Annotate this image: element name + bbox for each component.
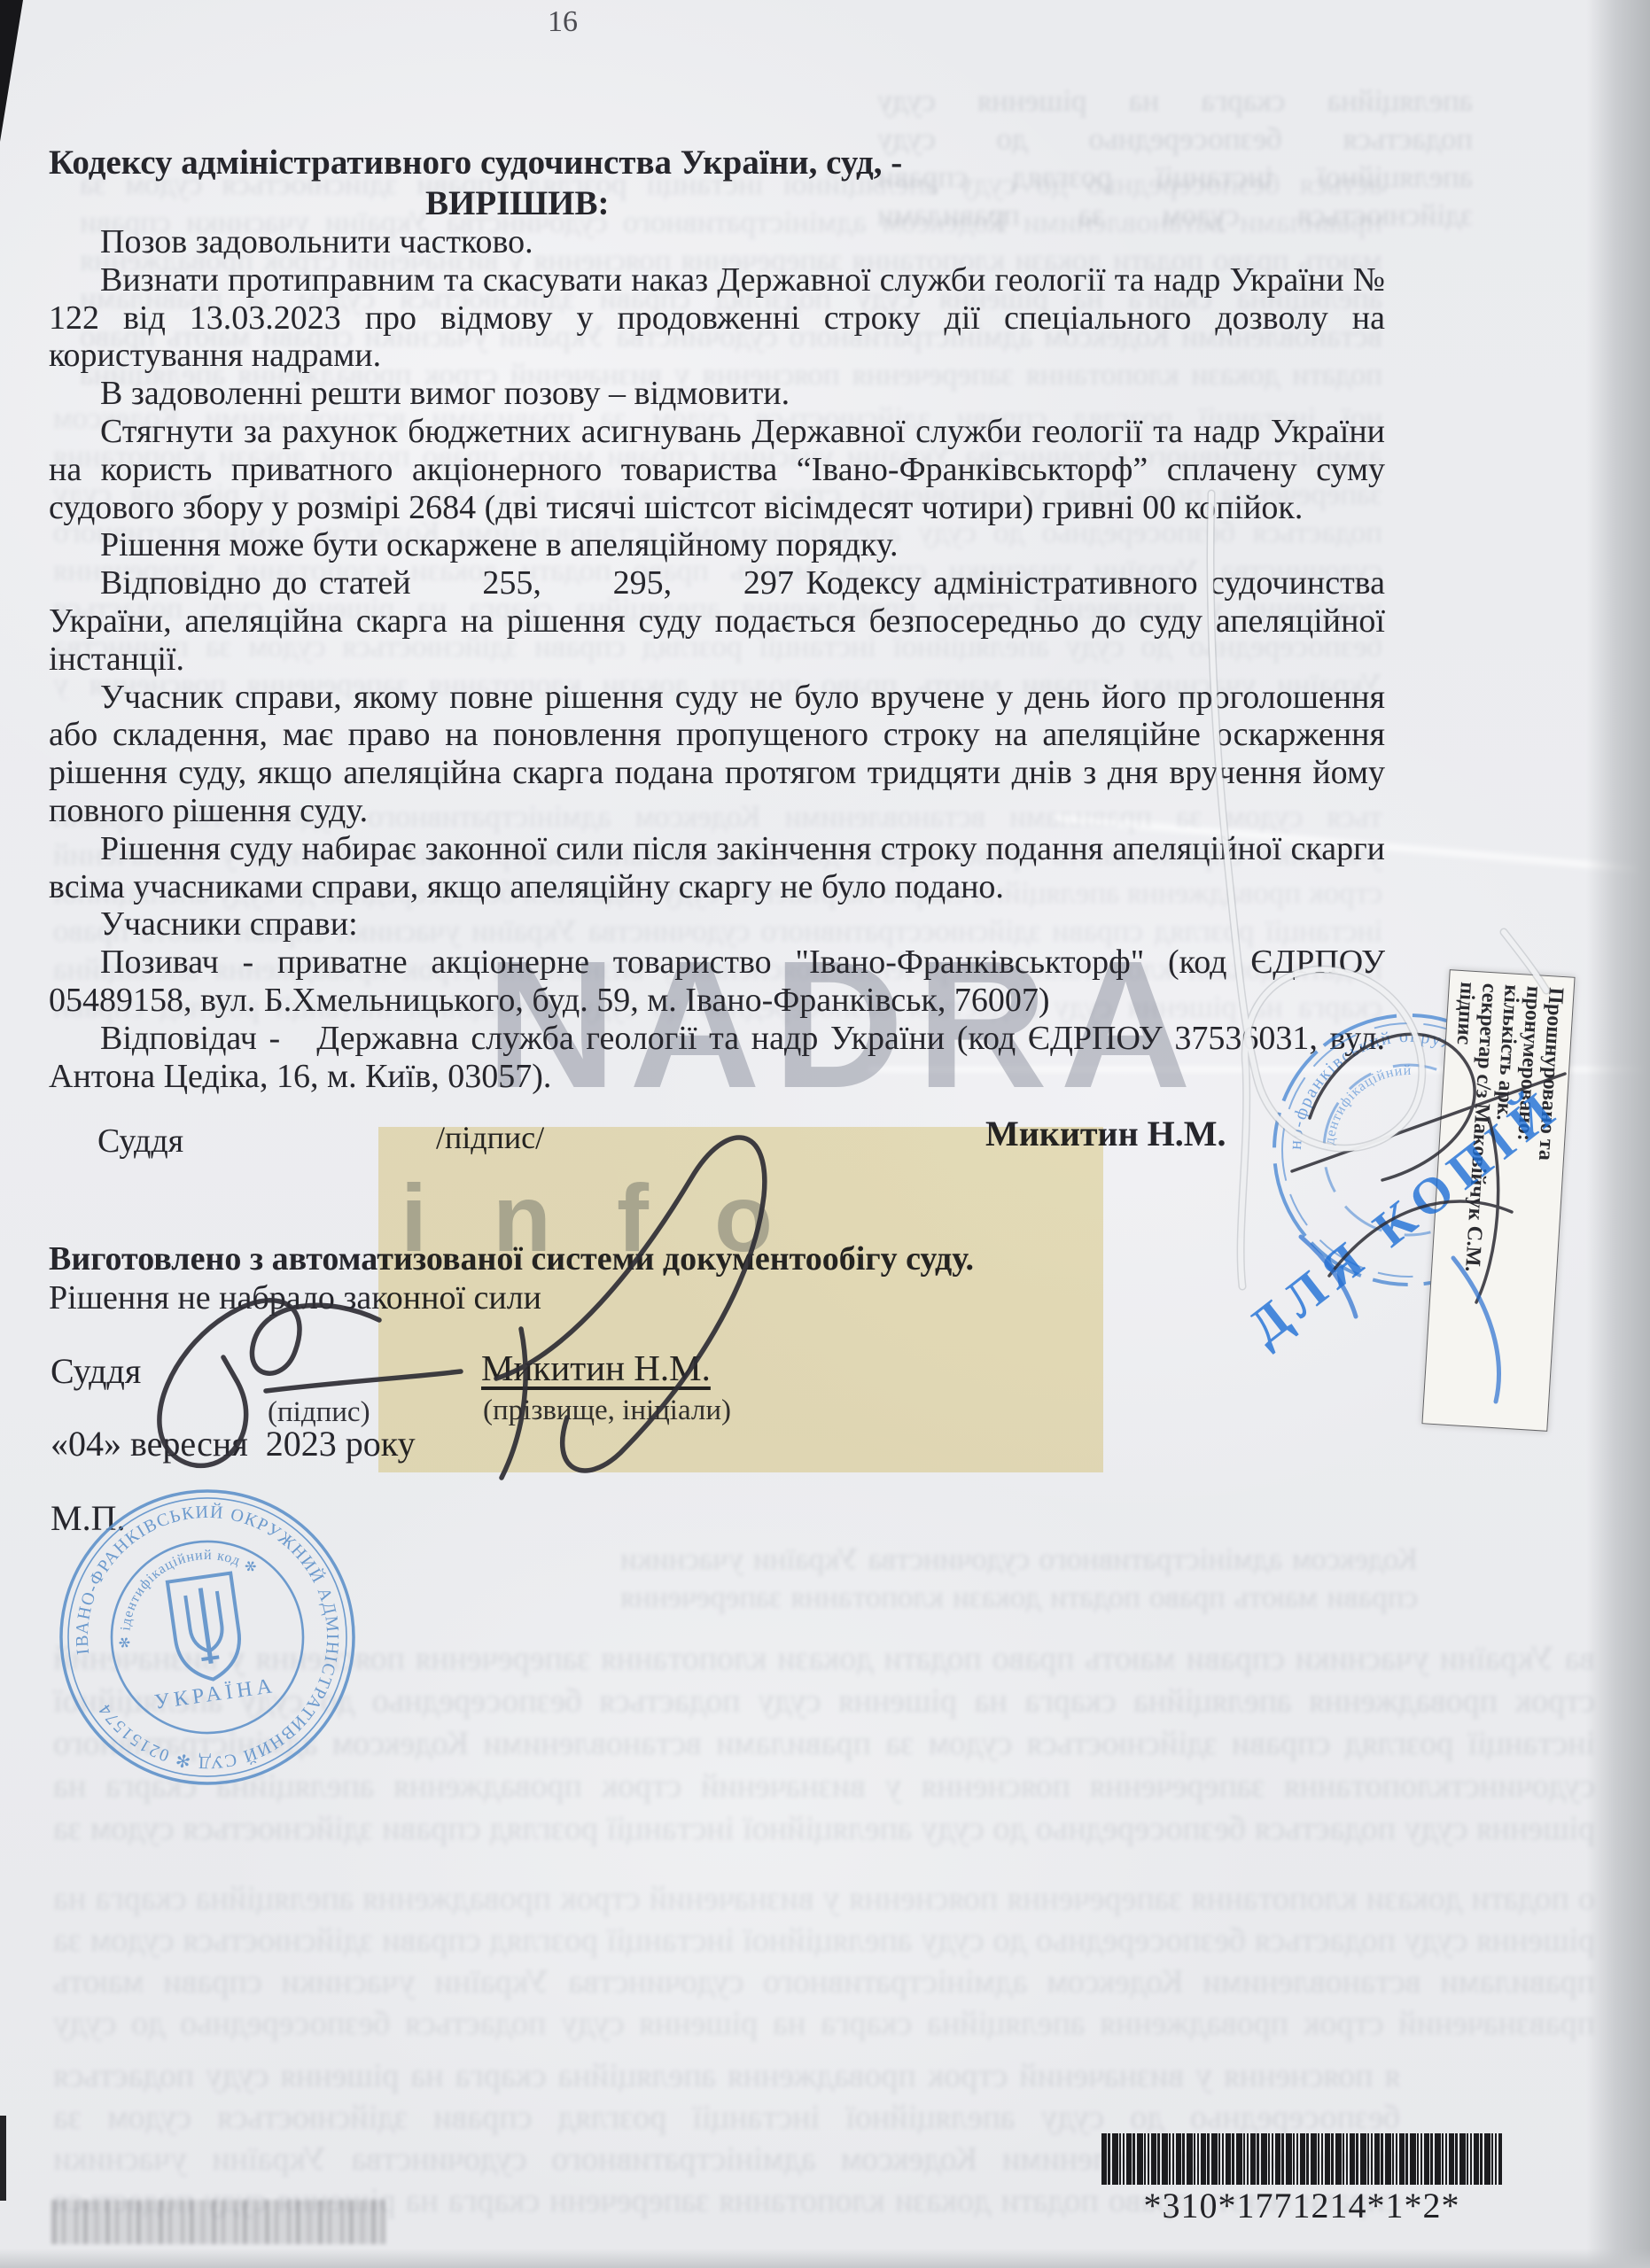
watermark-highlight <box>378 1127 1103 1472</box>
judge-label-final: Суддя <box>51 1350 141 1392</box>
paragraph: Визнати протиправним та скасувати наказ … <box>49 261 1385 375</box>
date-line: «04» вересня 2023 року <box>51 1423 416 1464</box>
bleedthrough-text: о подати докази клопотання заперечення п… <box>53 1878 1595 2047</box>
barcode-bars <box>1101 2133 1502 2185</box>
decision-paragraphs: Позов задовольнити частково.Визнати прот… <box>49 223 1385 1095</box>
paragraph: Рішення може бути оскаржене в апеляційно… <box>49 526 1385 564</box>
paragraph: Учасники справи: <box>49 905 1385 944</box>
paragraph: Позов задовольнити частково. <box>49 223 1385 261</box>
stamp-country-text: УКРАЇНА <box>153 1674 278 1714</box>
paragraph: Відповідно до статей 255, 295, 297 Кодек… <box>49 564 1385 678</box>
judge-label-row1: Суддя <box>97 1122 183 1161</box>
bleedthrough-text: Кодексом адміністративного судочинства У… <box>620 1540 1418 1621</box>
paragraph: Відповідач - Державна служба геології та… <box>49 1020 1385 1096</box>
barcode: *310*1771214*1*2* <box>1101 2133 1502 2218</box>
heading-line: Кодексу адміністративного судочинства Ук… <box>49 142 1385 183</box>
paragraph: Учасник справи, якому повне рішення суду… <box>49 679 1385 830</box>
trident-emblem <box>167 1573 245 1684</box>
binding-label-text: Прошнуровано тапронумеровано:кількість а… <box>1428 975 1570 1424</box>
scan-edge-shadow <box>0 2116 6 2201</box>
paper-right-edge <box>1586 0 1650 2268</box>
verdict-word: ВИРІШИВ: <box>49 183 1385 223</box>
barcode-text: *310*1771214*1*2* <box>1101 2185 1502 2226</box>
paper-bottom-edge <box>0 2249 1650 2268</box>
stamp-inner-ring-text: ✻ ідентифікаційний код ✻ <box>106 1540 269 1650</box>
paragraph: Рішення суду набирає законної сили після… <box>49 830 1385 906</box>
bleedthrough-barcode <box>49 2200 385 2244</box>
court-round-stamp: ІВАНО-ФРАНКІВСЬКИЙ ОКРУЖНИЙ АДМІНІСТРАТИ… <box>31 1461 384 1814</box>
scanned-court-decision-page: { "document": { "page_number": "16", "he… <box>0 0 1650 2268</box>
page-number: 16 <box>548 5 578 39</box>
decision-text-column: Кодексу адміністративного судочинства Ук… <box>49 142 1385 1095</box>
paragraph: Стягнути за рахунок бюджетних асигнувань… <box>49 413 1385 526</box>
paragraph: Позивач - приватне акціонерне товариство… <box>49 944 1385 1020</box>
paragraph: В задоволенні решти вимог позову – відмо… <box>49 375 1385 413</box>
scan-corner-shadow <box>0 0 23 142</box>
